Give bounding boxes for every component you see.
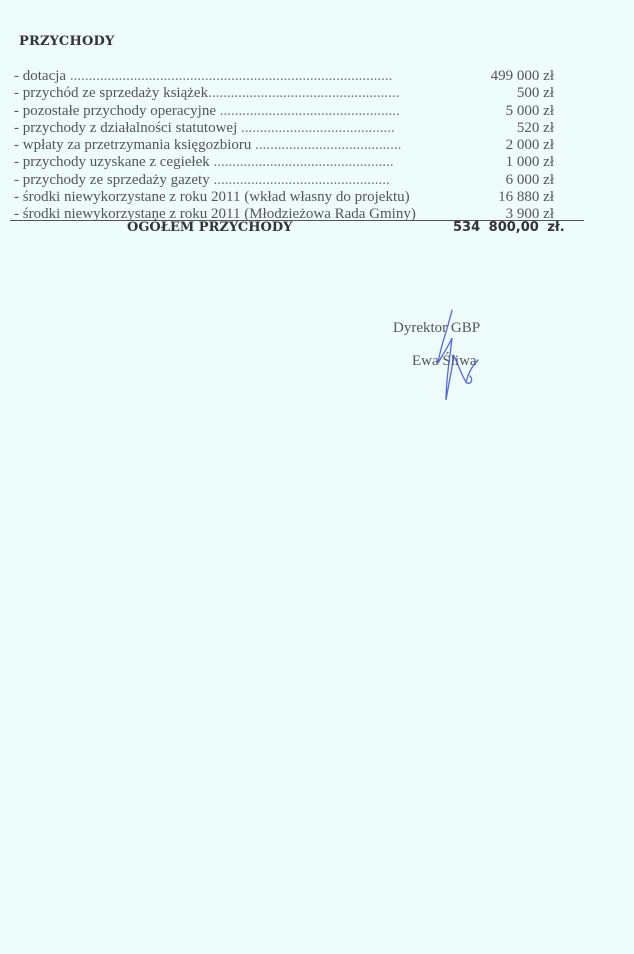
list-item: - przychody ze sprzedaży gazety ........… bbox=[14, 172, 570, 189]
list-item: - środki niewykorzystane z roku 2011 (wk… bbox=[14, 189, 570, 206]
list-item: - dotacja ..............................… bbox=[14, 68, 570, 85]
item-label: - środki niewykorzystane z roku 2011 (wk… bbox=[14, 189, 410, 205]
item-label: - pozostałe przychody operacyjne bbox=[14, 103, 216, 119]
leader-dots: ....................................... bbox=[251, 137, 401, 153]
list-item: - przychody z działalności statutowej ..… bbox=[14, 120, 570, 137]
list-item: - wpłaty za przetrzymania księgozbioru .… bbox=[14, 137, 570, 154]
item-label: - przychody uzyskane z cegiełek bbox=[14, 154, 210, 170]
item-amount: 16 880 zł bbox=[498, 189, 554, 206]
list-item: - przychód ze sprzedaży książek.........… bbox=[14, 85, 570, 102]
leader-dots: ........................................… bbox=[66, 68, 392, 84]
leader-dots: ........................................… bbox=[216, 103, 400, 119]
item-label: - dotacja bbox=[14, 68, 66, 84]
item-amount: 6 000 zł bbox=[506, 172, 554, 189]
item-label: - przychód ze sprzedaży książek bbox=[14, 85, 208, 101]
list-item: - przychody uzyskane z cegiełek ........… bbox=[14, 154, 570, 171]
leader-dots: ........................................… bbox=[210, 172, 390, 188]
item-label: - przychody z działalności statutowej bbox=[14, 120, 237, 136]
list-item: - pozostałe przychody operacyjne .......… bbox=[14, 103, 570, 120]
item-amount: 5 000 zł bbox=[506, 103, 554, 120]
section-heading: PRZYCHODY bbox=[19, 34, 114, 49]
leader-dots: ........................................… bbox=[210, 154, 394, 170]
item-amount: 500 zł bbox=[517, 85, 554, 102]
total-label: OGÓŁEM PRZYCHODY bbox=[127, 220, 292, 235]
item-amount: 1 000 zł bbox=[506, 154, 554, 171]
item-label: - wpłaty za przetrzymania księgozbioru bbox=[14, 137, 251, 153]
total-amount: 534 800,00 zł. bbox=[453, 220, 565, 235]
item-label: - przychody ze sprzedaży gazety bbox=[14, 172, 210, 188]
leader-dots: ........................................… bbox=[237, 120, 395, 136]
item-amount: 499 000 zł bbox=[491, 68, 554, 85]
income-list: - dotacja ..............................… bbox=[14, 68, 570, 224]
item-amount: 2 000 zł bbox=[506, 137, 554, 154]
handwritten-signature-icon bbox=[430, 308, 490, 412]
leader-dots: ........................................… bbox=[208, 85, 399, 101]
item-amount: 520 zł bbox=[517, 120, 554, 137]
